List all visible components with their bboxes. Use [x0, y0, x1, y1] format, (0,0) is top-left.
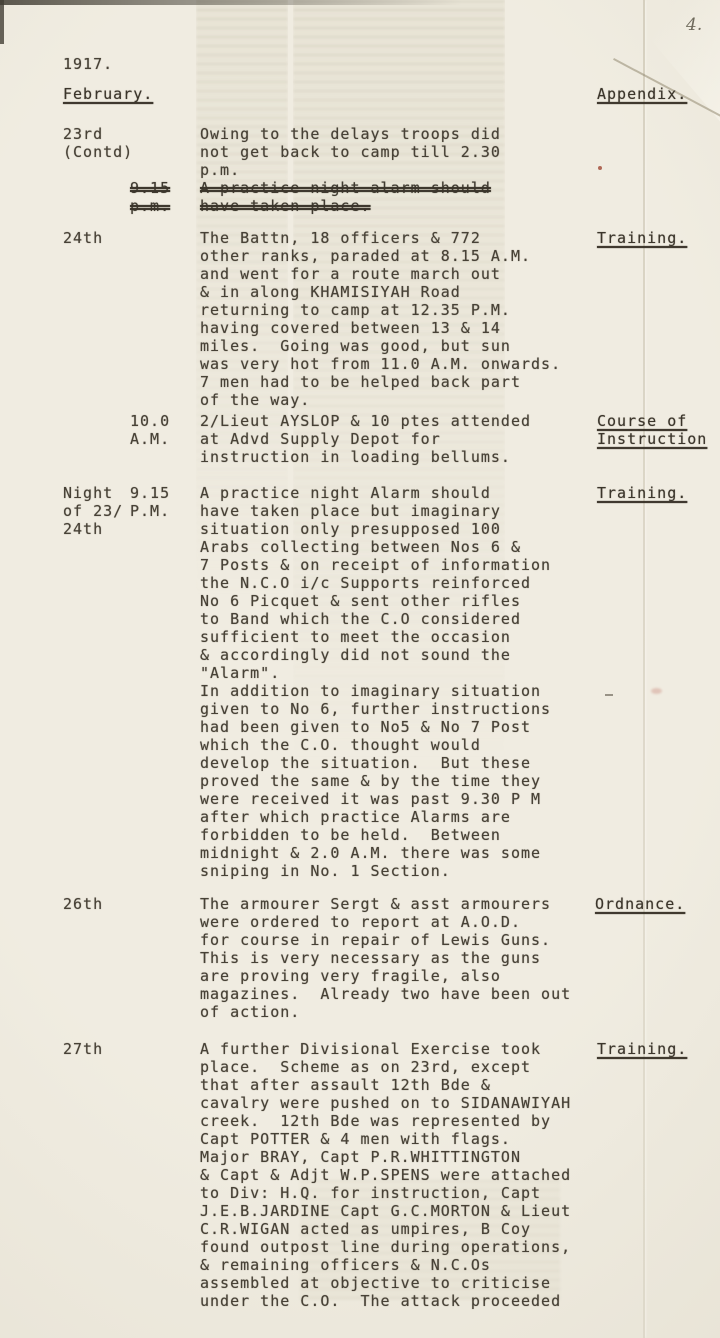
body-column: A further Divisional Exercise tookplace.… — [200, 1040, 571, 1310]
body-column: The armourer Sergt & asst armourerswere … — [200, 895, 571, 1021]
text-line: place. Scheme as on 23rd, except — [200, 1058, 571, 1076]
margin-note: Training. — [597, 1040, 687, 1058]
scan-edge-top — [0, 0, 462, 5]
text-line: Capt POTTER & 4 men with flags. — [200, 1130, 571, 1148]
text-line: were ordered to report at A.O.D. — [200, 913, 571, 931]
year-heading: 1917. — [63, 55, 113, 73]
body-column: 2/Lieut AYSLOP & 10 ptes attendedat Advd… — [200, 412, 531, 466]
text-line: have taken place but imaginary — [200, 502, 551, 520]
text-line: of 23/ — [63, 502, 123, 520]
body-column: The Battn, 18 officers & 772other ranks,… — [200, 229, 561, 409]
text-line: at Advd Supply Depot for — [200, 430, 531, 448]
text-line: given to No 6, further instructions — [200, 700, 551, 718]
text-line: returning to camp at 12.35 P.M. — [200, 301, 561, 319]
text-line: the N.C.O i/c Supports reinforced — [200, 574, 551, 592]
text-line: Training. — [597, 1040, 687, 1058]
ink-speck — [598, 166, 602, 170]
text-line: No 6 Picquet & sent other rifles — [200, 592, 551, 610]
text-line: to Div: H.Q. for instruction, Capt — [200, 1184, 571, 1202]
text-line: 9.15 — [130, 484, 170, 502]
text-line: magazines. Already two have been out — [200, 985, 571, 1003]
text-line: instruction in loading bellums. — [200, 448, 531, 466]
appendix-column-heading: Appendix. — [597, 85, 687, 103]
text-line: 26th — [63, 895, 103, 913]
diary-page: 4. 1917. February. Appendix. 23rd(Contd)… — [0, 0, 720, 1338]
text-line: P.M. — [130, 502, 170, 520]
text-line: Owing to the delays troops did — [200, 125, 501, 143]
text-line: having covered between 13 & 14 — [200, 319, 561, 337]
text-line: creek. 12th Bde was represented by — [200, 1112, 571, 1130]
text-line: p.m. — [130, 197, 170, 215]
text-line: J.E.B.JARDINE Capt G.C.MORTON & Lieut — [200, 1202, 571, 1220]
text-line: Ordnance. — [595, 895, 685, 913]
text-line: not get back to camp till 2.30 — [200, 143, 501, 161]
text-line: 7 men had to be helped back part — [200, 373, 561, 391]
text-line: A practice night alarm should — [200, 179, 491, 197]
text-line: "Alarm". — [200, 664, 551, 682]
text-line: sniping in No. 1 Section. — [200, 862, 551, 880]
text-line: A further Divisional Exercise took — [200, 1040, 571, 1058]
text-line: forbidden to be held. Between — [200, 826, 551, 844]
text-line: Course of — [597, 412, 707, 430]
text-line: which the C.O. thought would — [200, 736, 551, 754]
text-line: had been given to No5 & No 7 Post — [200, 718, 551, 736]
margin-note: Training. — [597, 229, 687, 247]
margin-note: Ordnance. — [595, 895, 685, 913]
text-line: Training. — [597, 229, 687, 247]
text-line: 9.15 — [130, 179, 170, 197]
text-line: & in along KHAMISIYAH Road — [200, 283, 561, 301]
text-line: & accordingly did not sound the — [200, 646, 551, 664]
text-line: was very hot from 11.0 A.M. onwards. — [200, 355, 561, 373]
text-line: proved the same & by the time they — [200, 772, 551, 790]
text-line: The armourer Sergt & asst armourers — [200, 895, 571, 913]
pencil-mark — [605, 694, 613, 696]
text-line: 23rd — [63, 125, 133, 143]
text-line: In addition to imaginary situation — [200, 682, 551, 700]
text-line: were received it was past 9.30 P M — [200, 790, 551, 808]
text-line: 2/Lieut AYSLOP & 10 ptes attended — [200, 412, 531, 430]
text-line: after which practice Alarms are — [200, 808, 551, 826]
text-line: This is very necessary as the guns — [200, 949, 571, 967]
text-line: of action. — [200, 1003, 571, 1021]
text-line: A practice night Alarm should — [200, 484, 551, 502]
text-line: other ranks, paraded at 8.15 A.M. — [200, 247, 561, 265]
text-line: under the C.O. The attack proceeded — [200, 1292, 571, 1310]
time-column: 10.0A.M. — [130, 412, 170, 448]
text-line: for course in repair of Lewis Guns. — [200, 931, 571, 949]
time-column: 9.15P.M. — [130, 484, 170, 520]
text-line: midnight & 2.0 A.M. there was some — [200, 844, 551, 862]
text-line: to Band which the C.O considered — [200, 610, 551, 628]
text-line: Night — [63, 484, 123, 502]
text-line: Arabs collecting between Nos 6 & — [200, 538, 551, 556]
text-line: & Capt & Adjt W.P.SPENS were attached — [200, 1166, 571, 1184]
margin-note: Training. — [597, 484, 687, 502]
text-line: & remaining officers & N.C.Os — [200, 1256, 571, 1274]
text-line: Instruction — [597, 430, 707, 448]
date-column: Nightof 23/24th — [63, 484, 123, 538]
date-column: 24th — [63, 229, 103, 247]
text-line: 10.0 — [130, 412, 170, 430]
struck-time-column: 9.15p.m. — [130, 179, 170, 215]
text-line: cavalry were pushed on to SIDANAWIYAH — [200, 1094, 571, 1112]
text-line: The Battn, 18 officers & 772 — [200, 229, 561, 247]
date-column: 23rd(Contd) — [63, 125, 133, 161]
body-column: Owing to the delays troops didnot get ba… — [200, 125, 501, 179]
scan-edge-left — [0, 0, 4, 44]
body-column: A practice night Alarm shouldhave taken … — [200, 484, 551, 880]
text-line: A.M. — [130, 430, 170, 448]
text-line: C.R.WIGAN acted as umpires, B Coy — [200, 1220, 571, 1238]
text-line: Major BRAY, Capt P.R.WHITTINGTON — [200, 1148, 571, 1166]
text-line: have taken place. — [200, 197, 491, 215]
text-line: situation only presupposed 100 — [200, 520, 551, 538]
text-line: develop the situation. But these — [200, 754, 551, 772]
text-line: assembled at objective to criticise — [200, 1274, 571, 1292]
text-line: 7 Posts & on receipt of information — [200, 556, 551, 574]
text-line: found outpost line during operations, — [200, 1238, 571, 1256]
vertical-fold-crease — [643, 0, 645, 1338]
text-line: sufficient to meet the occasion — [200, 628, 551, 646]
text-line: are proving very fragile, also — [200, 967, 571, 985]
text-line: 24th — [63, 229, 103, 247]
text-line: p.m. — [200, 161, 501, 179]
date-column: 27th — [63, 1040, 103, 1058]
page-number: 4. — [686, 16, 702, 34]
text-line: 24th — [63, 520, 123, 538]
ink-smudge — [651, 688, 662, 694]
date-column: 26th — [63, 895, 103, 913]
text-line: (Contd) — [63, 143, 133, 161]
text-line: miles. Going was good, but sun — [200, 337, 561, 355]
month-heading: February. — [63, 85, 153, 103]
text-line: of the way. — [200, 391, 561, 409]
margin-note: Course ofInstruction — [597, 412, 707, 448]
text-line: Training. — [597, 484, 687, 502]
struck-body-column: A practice night alarm shouldhave taken … — [200, 179, 491, 215]
text-line: that after assault 12th Bde & — [200, 1076, 571, 1094]
text-line: and went for a route march out — [200, 265, 561, 283]
text-line: 27th — [63, 1040, 103, 1058]
